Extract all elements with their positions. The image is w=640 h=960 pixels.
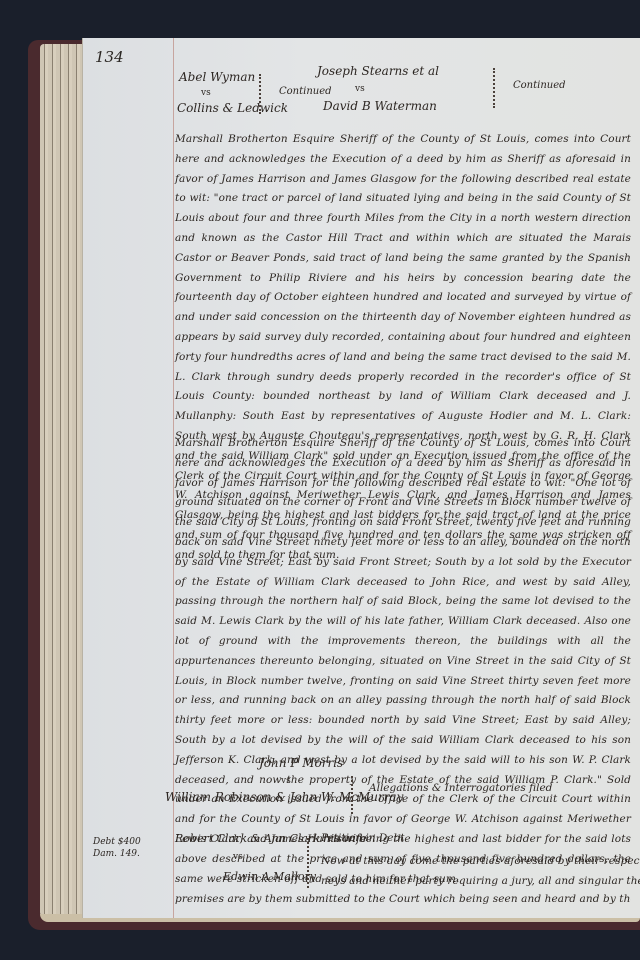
case-4-text-line-1: Now at this day come the parties aforesa…	[321, 852, 640, 872]
case-2-defendant: David B Waterman	[323, 99, 437, 113]
case-1-vs: vs	[201, 88, 211, 98]
brace-icon	[493, 68, 501, 108]
brace-icon	[351, 776, 359, 814]
case-3-action: Allegations & Interrogatories filed	[369, 782, 552, 794]
case-1-plaintiff: Abel Wyman	[179, 70, 255, 84]
brace-icon	[307, 838, 315, 888]
case-2-plaintiff: Joseph Stearns et al	[317, 64, 439, 78]
case-4-action: Petition in Debt	[321, 832, 404, 844]
case-3-plaintiff: John P Morris	[259, 756, 343, 770]
case-3-defendant: William Robinson & John W. McMurray	[165, 790, 403, 804]
deed-entry-2: Marshall Brotherton Esquire Sheriff of t…	[175, 434, 631, 889]
margin-rule	[173, 38, 174, 918]
case-1-defendant: Collins & Ledwick	[177, 101, 288, 115]
margin-note-damages: Dam. 149.	[93, 848, 140, 860]
case-2-action: Continued	[513, 80, 566, 91]
margin-note-debt: Debt $400	[93, 836, 141, 848]
case-4-text-line-3: premises are by them submitted to the Co…	[175, 890, 631, 910]
case-3-vs: vs	[281, 776, 291, 786]
brace-icon	[259, 74, 267, 114]
case-2-vs: vs	[355, 84, 365, 94]
case-4-text-line-2: neys and neither party requiring a jury,…	[321, 872, 640, 892]
case-4-vs: vs	[233, 852, 243, 862]
case-4-defendant: Edwin A Mallory	[223, 870, 316, 883]
case-1-action: Continued	[279, 86, 332, 97]
page-number: 134	[95, 48, 124, 66]
ledger-page: 134 Abel Wyman vs Collins & Ledwick Cont…	[82, 38, 640, 918]
